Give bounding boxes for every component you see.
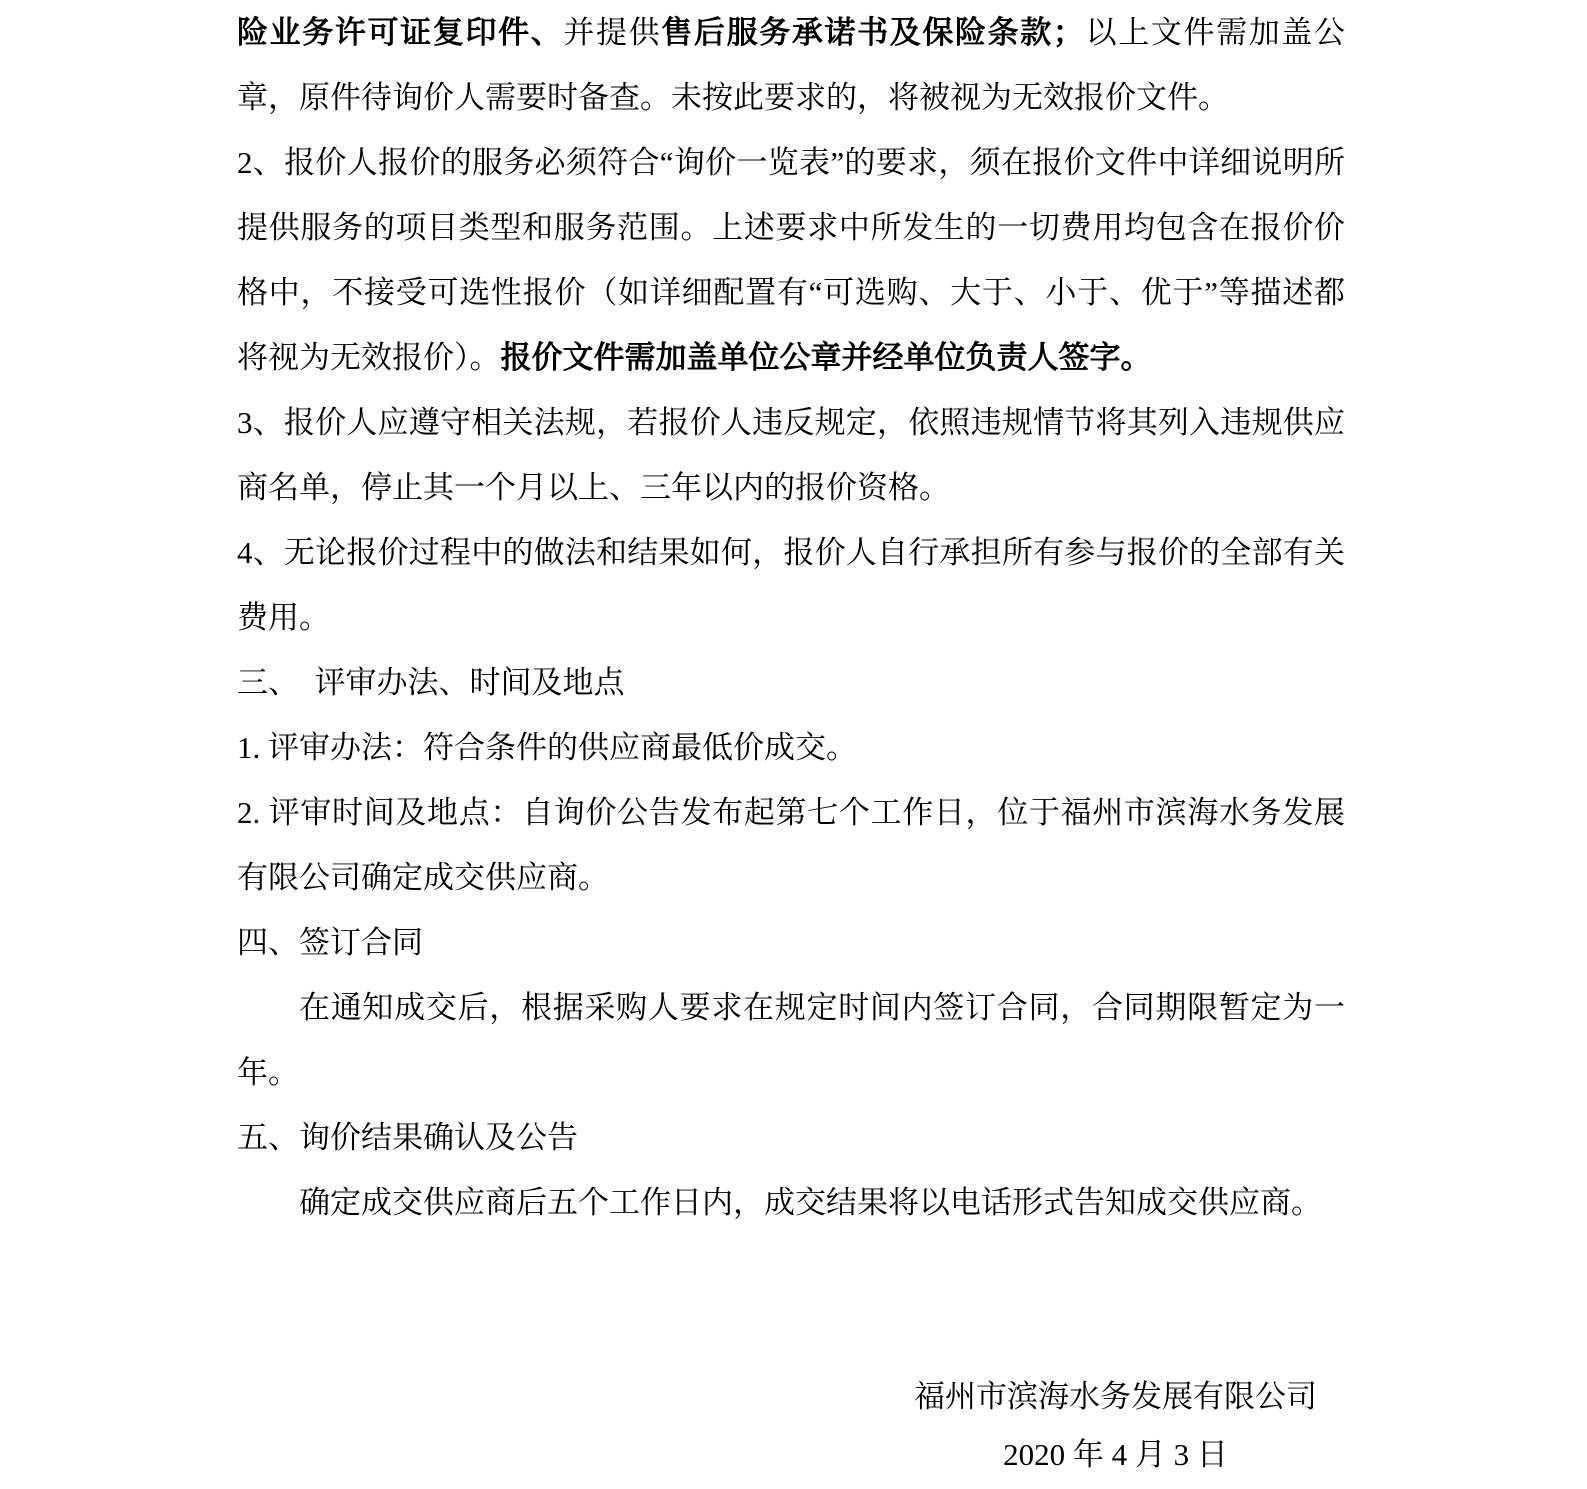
text-segment: 确定成交供应商后五个工作日内，成交结果将以电话形式告知成交供应商。 (299, 1185, 1322, 1220)
bold-text-segment: 报价文件需加盖单位公章并经单位负责人签字。 (501, 340, 1152, 375)
text-segment: 三、 评审办法、时间及地点 (237, 665, 625, 700)
document-page: 险业务许可证复印件、并提供售后服务承诺书及保险条款；以上文件需加盖公章，原件待询… (0, 0, 1587, 1489)
paragraph-clause-1-continuation: 险业务许可证复印件、并提供售后服务承诺书及保险条款；以上文件需加盖公章，原件待询… (237, 0, 1345, 130)
bold-text-segment: 险业务许可证复印件、 (237, 15, 563, 50)
signature-date: 2020 年 4 月 3 日 (914, 1426, 1317, 1484)
item-evaluation-time-place: 2. 评审时间及地点：自询价公告发布起第七个工作日，位于福州市滨海水务发展有限公… (237, 780, 1345, 910)
document-body: 险业务许可证复印件、并提供售后服务承诺书及保险条款；以上文件需加盖公章，原件待询… (237, 0, 1345, 1235)
text-segment: 四、签订合同 (237, 925, 423, 960)
paragraph-result-notification: 确定成交供应商后五个工作日内，成交结果将以电话形式告知成交供应商。 (237, 1170, 1345, 1235)
paragraph-clause-4: 4、无论报价过程中的做法和结果如何，报价人自行承担所有参与报价的全部有关费用。 (237, 520, 1345, 650)
paragraph-contract-signing: 在通知成交后，根据采购人要求在规定时间内签订合同，合同期限暂定为一年。 (237, 975, 1345, 1105)
text-segment: 2. 评审时间及地点：自询价公告发布起第七个工作日，位于福州市滨海水务发展有限公… (237, 795, 1345, 895)
signature-company-name: 福州市滨海水务发展有限公司 (914, 1368, 1317, 1426)
text-segment: 3、报价人应遵守相关法规，若报价人违反规定，依照违规情节将其列入违规供应商名单，… (237, 405, 1345, 505)
text-segment: 五、询价结果确认及公告 (237, 1120, 578, 1155)
text-segment: 并提供 (563, 15, 661, 50)
section-5-heading: 五、询价结果确认及公告 (237, 1105, 1345, 1170)
section-3-heading: 三、 评审办法、时间及地点 (237, 650, 1345, 715)
text-segment: 在通知成交后，根据采购人要求在规定时间内签订合同，合同期限暂定为一年。 (237, 990, 1345, 1090)
item-evaluation-method: 1. 评审办法：符合条件的供应商最低价成交。 (237, 715, 1345, 780)
paragraph-clause-3: 3、报价人应遵守相关法规，若报价人违反规定，依照违规情节将其列入违规供应商名单，… (237, 390, 1345, 520)
bold-text-segment: 售后服务承诺书及保险条款； (661, 15, 1084, 50)
section-4-heading: 四、签订合同 (237, 910, 1345, 975)
signature-inner: 福州市滨海水务发展有限公司 2020 年 4 月 3 日 (914, 1368, 1317, 1484)
signature-block: 福州市滨海水务发展有限公司 2020 年 4 月 3 日 (237, 1368, 1345, 1484)
text-segment: 1. 评审办法：符合条件的供应商最低价成交。 (237, 730, 857, 765)
paragraph-clause-2: 2、报价人报价的服务必须符合“询价一览表”的要求，须在报价文件中详细说明所提供服… (237, 130, 1345, 390)
text-segment: 4、无论报价过程中的做法和结果如何，报价人自行承担所有参与报价的全部有关费用。 (237, 535, 1345, 635)
